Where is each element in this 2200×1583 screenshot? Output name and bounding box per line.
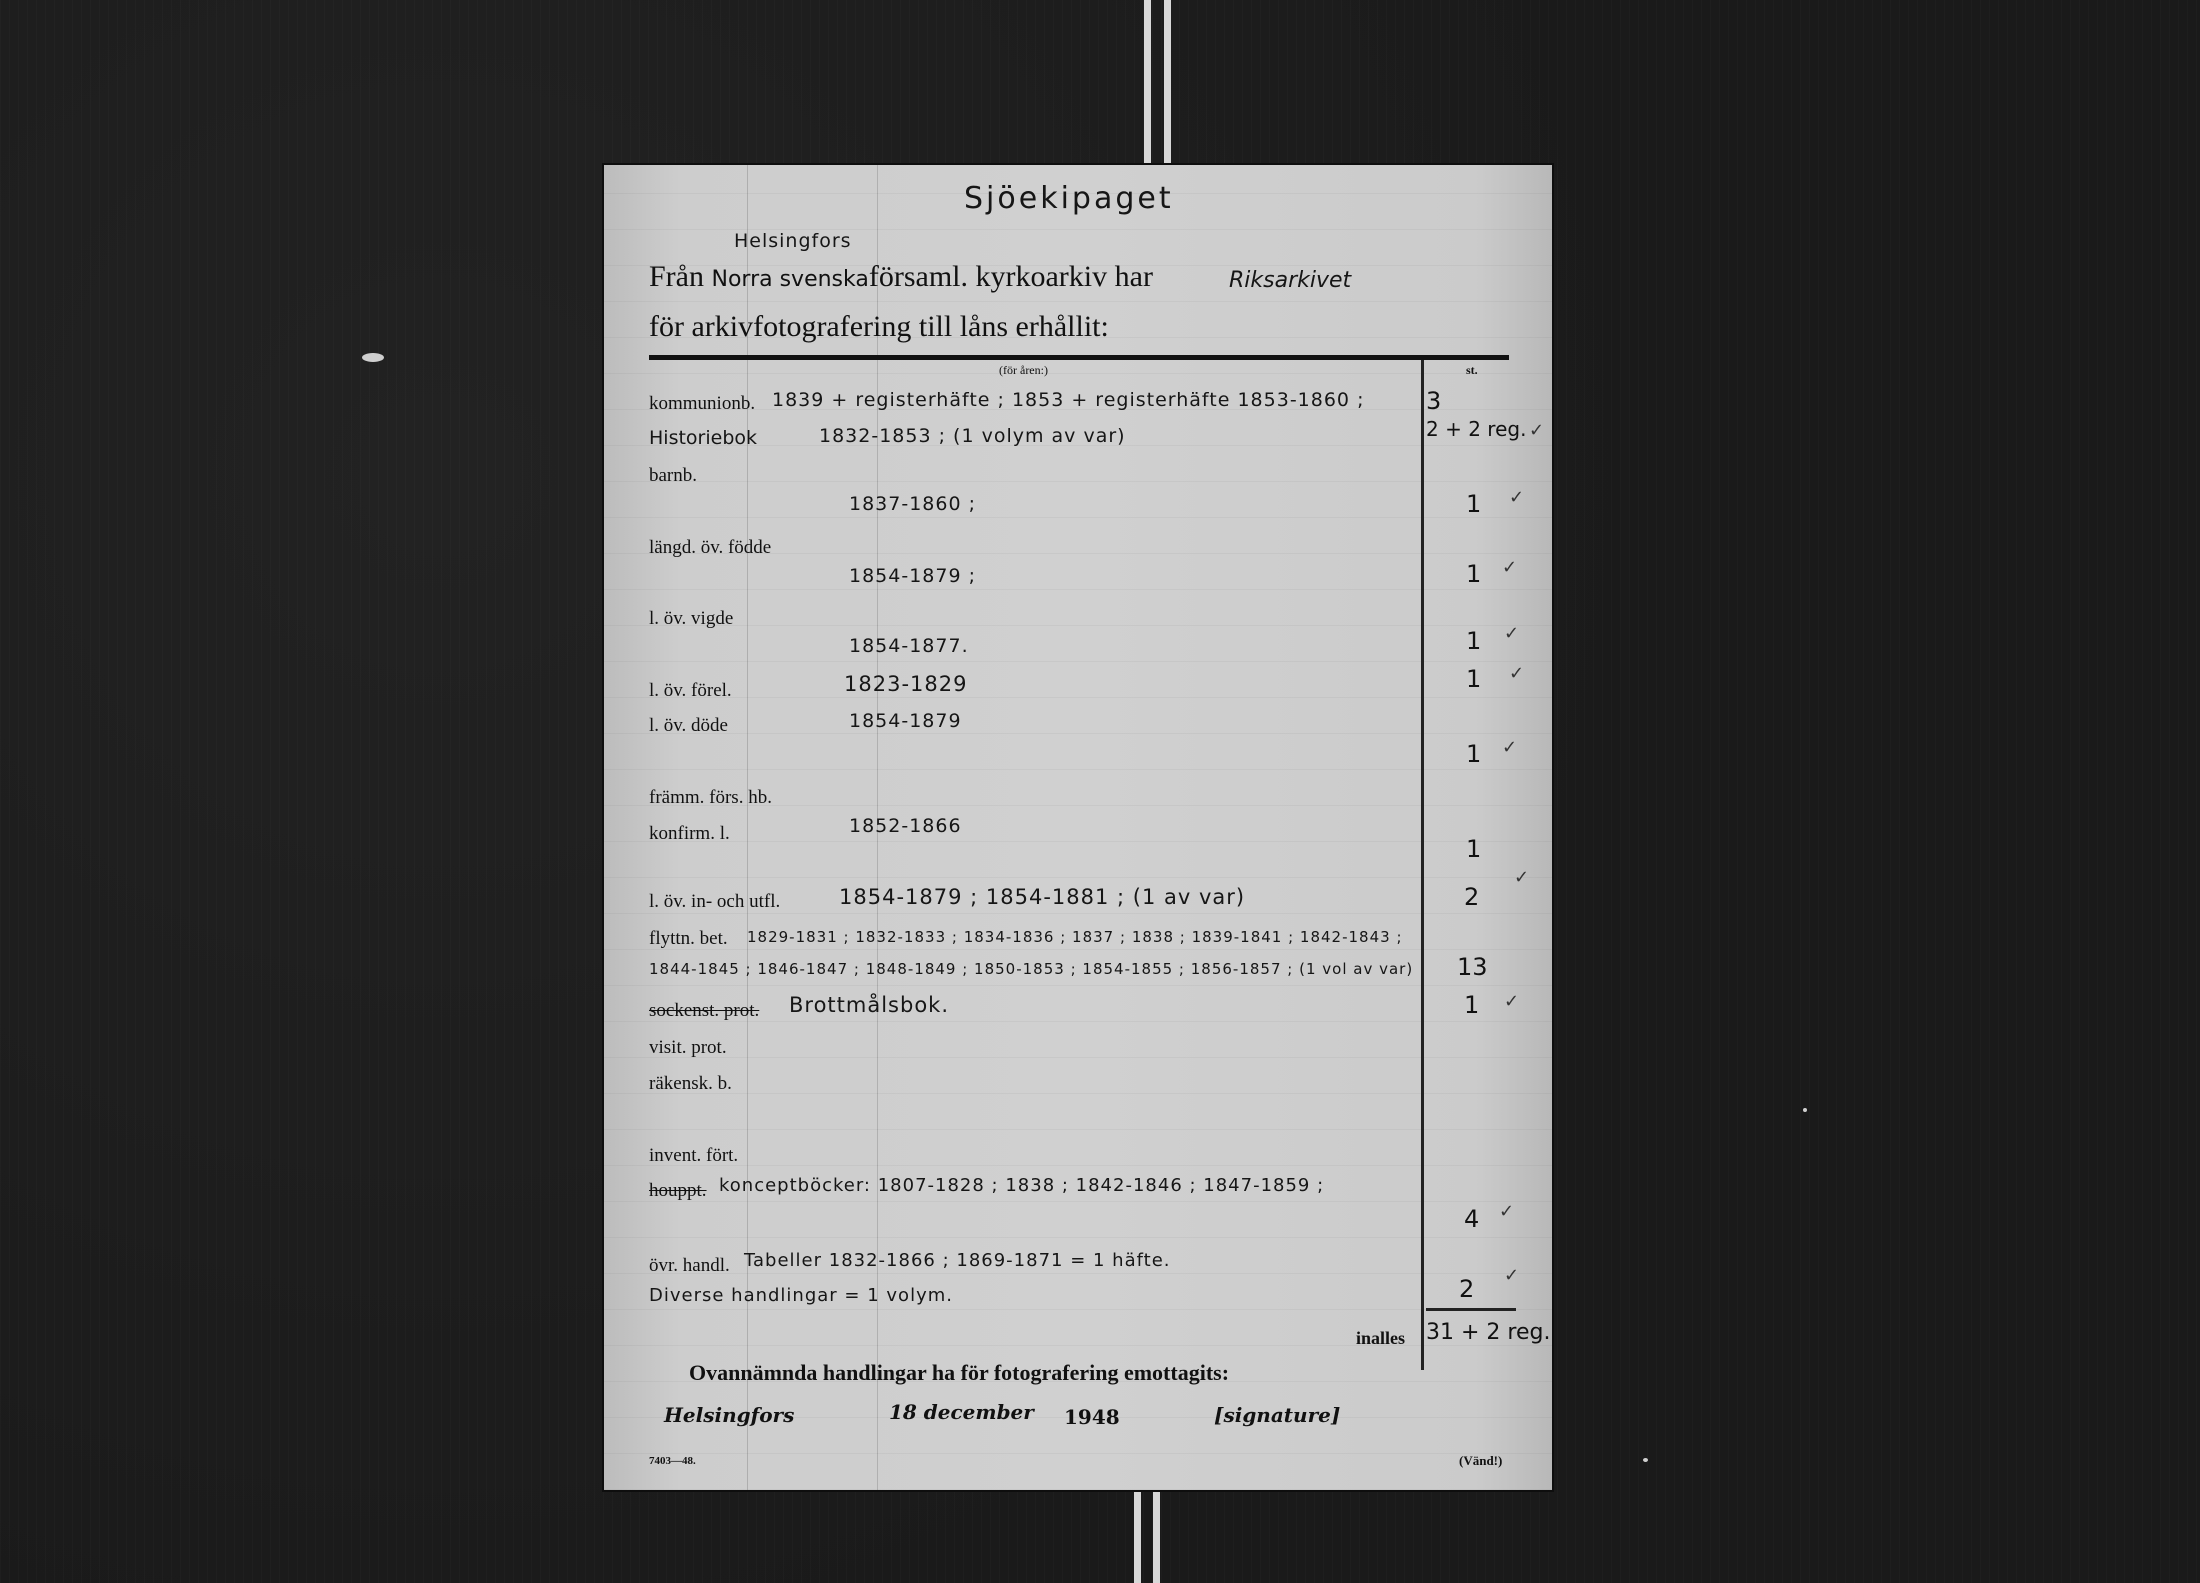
form-number: 7403—48. <box>649 1455 696 1467</box>
header-prefix: Från <box>649 260 704 293</box>
place-note: Helsingfors <box>734 230 852 252</box>
row-label-ovr-handl: övr. handl. <box>649 1255 730 1277</box>
row-label-sockenst-prot: sockenst. prot. <box>649 1000 759 1022</box>
row-count-sockenst-prot: 1 <box>1464 991 1479 1019</box>
row-label-konfirm: konfirm. l. <box>649 823 730 845</box>
row-count-historiebok: 2 + 2 reg. <box>1426 417 1526 441</box>
row-label-historiebok: Historiebok <box>649 427 757 449</box>
row-count-houppt: 4 <box>1464 1205 1479 1233</box>
film-strip-line-bottom-right <box>1153 1492 1160 1583</box>
total-label: inalles <box>1356 1328 1405 1349</box>
row-label-l-ov-dode: l. öv. döde <box>649 715 728 737</box>
film-strip-line-bottom-left <box>1134 1492 1141 1583</box>
header-rule <box>649 355 1509 360</box>
row-entry-sockenst-prot: Brottmålsbok. <box>789 993 949 1017</box>
row-label-framm-fors-hb: främm. förs. hb. <box>649 787 772 809</box>
row-count-diverse-handlingar: 2 <box>1459 1275 1474 1303</box>
row-label-houppt: houppt. <box>649 1180 707 1202</box>
row-count-kommunionb: 3 <box>1426 387 1441 415</box>
check-mark-icon: ✓ <box>1509 663 1524 684</box>
signature-name: [signature] <box>1214 1403 1340 1427</box>
row-label-kommunionb: kommunionb. <box>649 393 755 415</box>
total-value: 31 + 2 reg. <box>1426 1320 1550 1345</box>
check-mark-icon: ✓ <box>1502 737 1517 758</box>
check-mark-icon: ✓ <box>1504 991 1519 1012</box>
dust-speck <box>1643 1458 1648 1462</box>
row-count-flyttn-bet: 13 <box>1457 953 1488 981</box>
row-count-l-ov-vigde: 1 <box>1466 627 1481 655</box>
row-entry-flyttn-bet-line2: 1844-1845 ; 1846-1847 ; 1848-1849 ; 1850… <box>649 960 1413 978</box>
check-mark-icon: ✓ <box>1504 623 1519 644</box>
row-label-l-ov-in-och-utfl: l. öv. in- och utfl. <box>649 891 780 913</box>
row-entry-l-ov-forel: 1823-1829 <box>844 672 967 696</box>
row-entry-kommunionb: 1839 + registerhäfte ; 1853 + registerhä… <box>772 389 1364 411</box>
signature-year: 1948 <box>1064 1405 1120 1429</box>
check-mark-icon: ✓ <box>1509 487 1524 508</box>
row-entry-houppt: konceptböcker: 1807-1828 ; 1838 ; 1842-1… <box>719 1175 1324 1196</box>
row-entry-l-ov-vigde: 1854-1877. <box>849 635 969 657</box>
turn-over-note: (Vänd!) <box>1459 1453 1502 1469</box>
years-column-header: (för åren:) <box>999 363 1048 378</box>
row-label-rakensk-b: räkensk. b. <box>649 1073 732 1095</box>
row-label-flyttn-bet: flyttn. bet. <box>649 928 728 950</box>
film-strip-line-top-left <box>1144 0 1151 163</box>
check-mark-icon: ✓ <box>1529 420 1544 441</box>
count-column-header: st. <box>1466 363 1478 378</box>
row-entry-konfirm: 1852-1866 <box>849 815 962 837</box>
row-count-l-ov-in-och-utfl: 2 <box>1464 883 1479 911</box>
count-column-divider <box>1421 360 1424 1370</box>
row-label-visit-prot: visit. prot. <box>649 1037 727 1059</box>
archive-receipt-form: Sjöekipaget Helsingfors Från Norra svens… <box>604 165 1552 1490</box>
check-mark-icon: ✓ <box>1514 867 1529 888</box>
check-mark-icon: ✓ <box>1504 1265 1519 1286</box>
parish-name: Norra svenska <box>712 267 869 292</box>
dust-speck <box>362 353 384 362</box>
row-count-l-ov-dode: 1 <box>1466 740 1481 768</box>
row-label-invent-fort: invent. fört. <box>649 1145 738 1167</box>
row-count-barnb: 1 <box>1466 490 1481 518</box>
row-entry-historiebok: 1832-1853 ; (1 volym av var) <box>819 425 1126 447</box>
row-entry-diverse-handlingar: Diverse handlingar = 1 volym. <box>649 1285 953 1306</box>
row-entry-l-ov-dode: 1854-1879 <box>849 710 962 732</box>
row-count-konfirm: 1 <box>1466 835 1481 863</box>
signature-date: 18 december <box>889 1400 1034 1424</box>
row-label-barnb: barnb. <box>649 465 697 487</box>
header-line-1: Från Norra svenskaförsaml. kyrkoarkiv ha… <box>649 260 1153 294</box>
row-entry-flyttn-bet-line1: 1829-1831 ; 1832-1833 ; 1834-1836 ; 1837… <box>747 928 1403 946</box>
row-count-langd-ov-fodde: 1 <box>1466 560 1481 588</box>
received-statement: Ovannämnda handlingar ha för fotograferi… <box>689 1360 1229 1386</box>
film-strip-line-top-right <box>1164 0 1171 163</box>
header-suffix: församl. kyrkoarkiv har <box>869 260 1153 293</box>
document-title: Sjöekipaget <box>964 181 1174 216</box>
row-entry-ovr-handl: Tabeller 1832-1866 ; 1869-1871 = 1 häfte… <box>744 1250 1171 1271</box>
recipient: Riksarkivet <box>1229 268 1351 293</box>
check-mark-icon: ✓ <box>1502 557 1517 578</box>
header-line-2: för arkivfotografering till låns erhålli… <box>649 310 1109 344</box>
dust-speck <box>1803 1108 1807 1112</box>
signature-place: Helsingfors <box>664 1403 794 1427</box>
row-entry-langd-ov-fodde: 1854-1879 ; <box>849 565 976 587</box>
check-mark-icon: ✓ <box>1499 1201 1514 1222</box>
row-entry-l-ov-in-och-utfl: 1854-1879 ; 1854-1881 ; (1 av var) <box>839 885 1245 909</box>
row-label-l-ov-forel: l. öv. förel. <box>649 680 732 702</box>
row-label-langd-ov-fodde: längd. öv. födde <box>649 537 771 559</box>
row-count-l-ov-forel: 1 <box>1466 665 1481 693</box>
row-entry-barnb: 1837-1860 ; <box>849 493 976 515</box>
sum-rule <box>1426 1308 1516 1311</box>
row-label-l-ov-vigde: l. öv. vigde <box>649 608 733 630</box>
